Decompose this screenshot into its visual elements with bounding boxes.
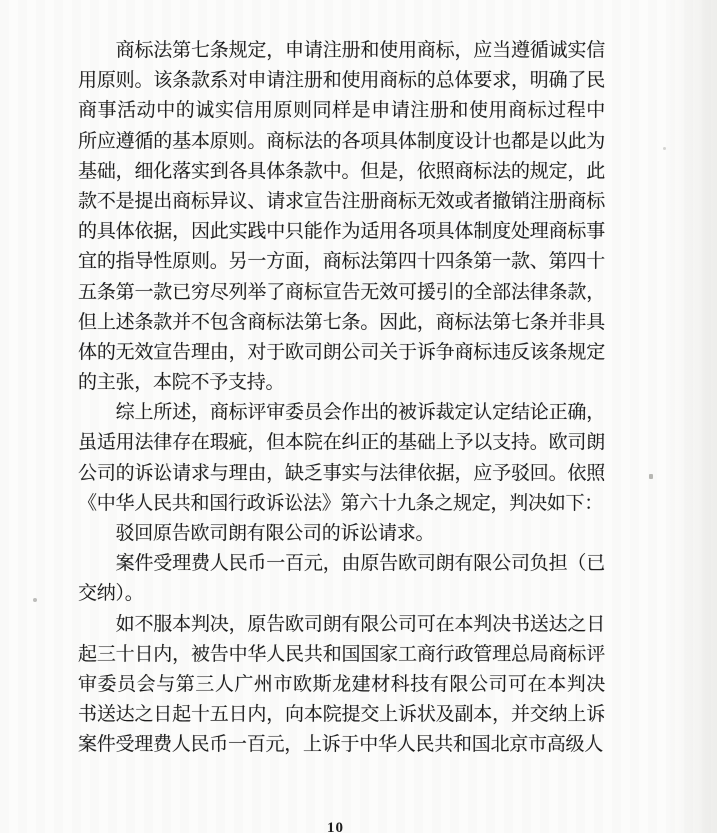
text-line: 的主张，本院不予支持。 [78,368,605,398]
text-line: 商事活动中的诚实信用原则同样是申请注册和使用商标过程中 [78,96,605,126]
text-line: 商标法第七条规定，申请注册和使用商标，应当遵循诚实信 [78,36,605,66]
text-line: 审委员会与第三人广州市欧斯龙建材科技有限公司可在本判决 [78,670,605,700]
text-line: 案件受理费人民币一百元，上诉于中华人民共和国北京市高级人 [78,730,605,760]
text-line: 虽适用法律存在瑕疵，但本院在纠正的基础上予以支持。欧司朗 [78,428,605,458]
text-line: 如不服本判决，原告欧司朗有限公司可在本判决书送达之日 [78,610,605,640]
text-line: 《中华人民共和国行政诉讼法》第六十九条之规定，判决如下： [78,489,605,519]
text-line: 宜的指导性原则。另一方面，商标法第四十四条第一款、第四十 [78,247,605,277]
text-line: 基础，细化落实到各具体条款中。但是，依照商标法的规定，此 [78,157,605,187]
text-line: 用原则。该条款系对申请注册和使用商标的总体要求，明确了民 [78,66,605,96]
text-line: 交纳）。 [78,579,605,609]
text-line: 驳回原告欧司朗有限公司的诉讼请求。 [78,519,605,549]
text-line: 体的无效宣告理由，对于欧司朗公司关于诉争商标违反该条规定 [78,338,605,368]
text-line: 公司的诉讼请求与理由，缺乏事实与法律依据，应予驳回。依照 [78,459,605,489]
text-line: 案件受理费人民币一百元，由原告欧司朗有限公司负担（已 [78,549,605,579]
scan-speck [649,474,653,479]
text-line: 所应遵循的基本原则。商标法的各项具体制度设计也都是以此为 [78,127,605,157]
document-page: 商标法第七条规定，申请注册和使用商标，应当遵循诚实信用原则。该条款系对申请注册和… [0,0,717,833]
judgment-text-block: 商标法第七条规定，申请注册和使用商标，应当遵循诚实信用原则。该条款系对申请注册和… [78,36,605,761]
scan-speck [33,598,37,602]
text-line: 起三十日内，被告中华人民共和国国家工商行政管理总局商标评 [78,640,605,670]
text-line: 综上所述，商标评审委员会作出的被诉裁定认定结论正确， [78,398,605,428]
text-line: 五条第一款已穷尽列举了商标宣告无效可援引的全部法律条款， [78,278,605,308]
scan-speck [663,147,666,150]
text-line: 但上述条款并不包含商标法第七条。因此，商标法第七条并非具 [78,308,605,338]
scan-edge-shadow [669,0,717,833]
page-number: 10 [327,820,344,833]
text-line: 款不是提出商标异议、请求宣告注册商标无效或者撤销注册商标 [78,187,605,217]
text-line: 的具体依据，因此实践中只能作为适用各项具体制度处理商标事 [78,217,605,247]
text-line: 书送达之日起十五日内，向本院提交上诉状及副本，并交纳上诉 [78,700,605,730]
